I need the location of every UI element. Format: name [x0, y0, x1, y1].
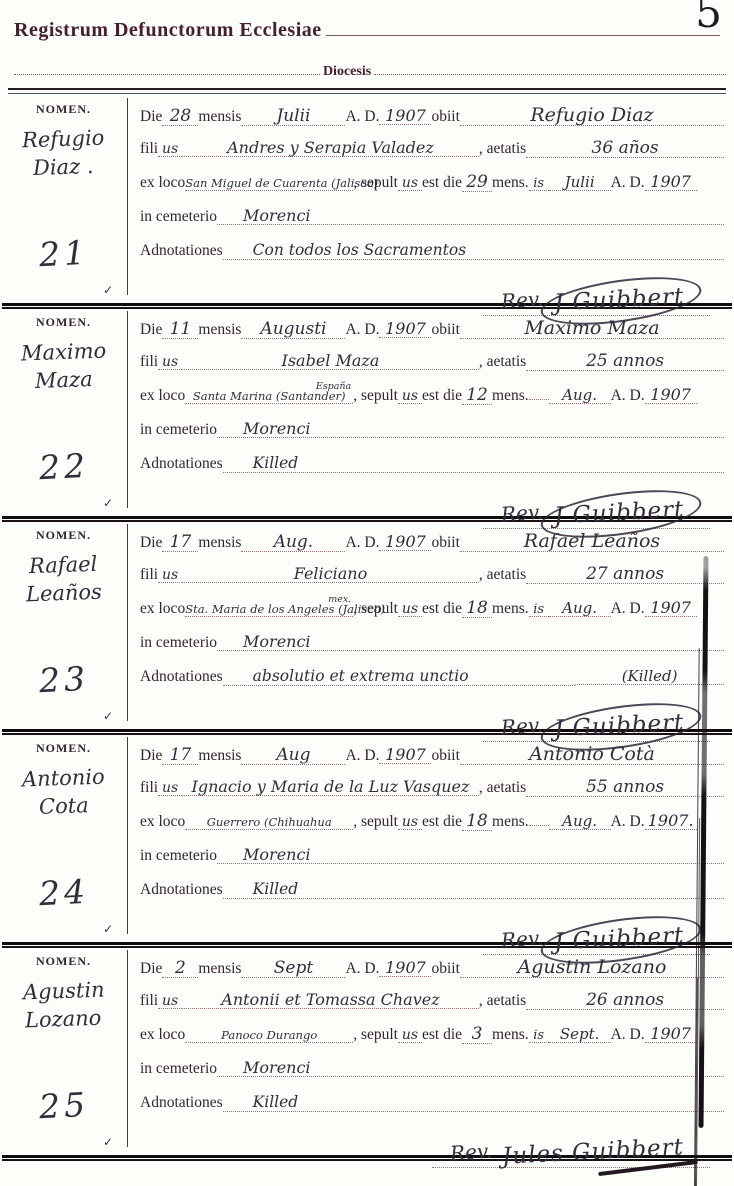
decedent-name-value: Agustin Lozano — [460, 958, 724, 978]
adnotationes-label: Adnotationes — [140, 881, 223, 899]
sepult-suffix-value: us — [398, 602, 422, 617]
mensis-label: mensis — [198, 321, 241, 339]
name-column: NOMEN. Refugio Diaz . 21 ✓ — [0, 96, 127, 303]
ad-label: A. D. — [345, 747, 379, 765]
parents-line: fili us Feliciano , aetatis 27 annos — [140, 566, 724, 600]
signature-rev: Rev. — [449, 1139, 493, 1166]
die-label: Die — [140, 108, 162, 126]
diocesis-row: Diocesis — [14, 58, 726, 80]
annotations-line: Adnotationes absolutio et extrema unctio… — [140, 668, 724, 702]
ex-loco-label: ex loco — [140, 813, 185, 831]
age-value: 25 annos — [526, 353, 724, 371]
title-rule — [326, 18, 720, 36]
sepult-label: , sepult — [353, 1026, 398, 1044]
burial-year-value: 1907 — [645, 174, 697, 191]
form-column: Die 28 mensis Julii A. D. 1907 obiit Ref… — [128, 96, 728, 303]
death-date-line: Die 28 mensis Julii A. D. 1907 obiit Ref… — [140, 106, 724, 140]
annotations-value: absolutio et extrema unctio — [223, 669, 576, 686]
ex-loco-label: ex loco — [140, 174, 185, 192]
aetatis-label: , aetatis — [479, 140, 526, 158]
filius-label: fili — [140, 566, 158, 584]
burial-month-value: Aug. — [549, 388, 611, 404]
burial-year-value: 1907. — [645, 813, 697, 830]
name-column: NOMEN. Antonio Cota 24 ✓ — [0, 735, 127, 942]
sepult-label: , sepult — [353, 813, 398, 831]
obiit-label: obiit — [431, 534, 459, 552]
death-year-value: 1907 — [379, 534, 431, 551]
death-record: NOMEN. Antonio Cota 24 ✓ Die 17 mensis A… — [0, 735, 734, 942]
burial-line: ex loco Sta. Maria de los Angeles (Jalis… — [140, 600, 724, 634]
est-die-label: est die — [422, 813, 462, 831]
est-die-label: est die — [422, 1026, 462, 1044]
decedent-first-name: Rafael — [29, 552, 98, 578]
checkmark: ✓ — [103, 709, 113, 723]
nomen-label: NOMEN. — [36, 315, 91, 330]
death-day-value: 28 — [162, 108, 198, 126]
death-year-value: 1907 — [379, 108, 431, 125]
decedent-last-name: Leaños — [25, 580, 102, 607]
mens-suffix-value: is — [529, 177, 549, 191]
death-month-value: Julii — [241, 108, 345, 126]
cemetery-line: in cemeterio Morenci — [140, 421, 724, 455]
mens-suffix-value: is — [529, 603, 549, 617]
record-number: 25 — [38, 1085, 90, 1127]
diocesis-label: Diocesis — [320, 64, 374, 80]
obiit-label: obiit — [431, 747, 459, 765]
records: NOMEN. Refugio Diaz . 21 ✓ Die 28 mensis… — [0, 96, 734, 1161]
filius-label: fili — [140, 779, 158, 797]
mensis-label: mensis — [198, 747, 241, 765]
death-year-value: 1907 — [379, 747, 431, 764]
burial-month-value: Julii — [549, 175, 611, 191]
mens-label: mens. — [492, 174, 529, 192]
origin-place-value: San Miguel de Cuarenta (Jalisco) — [185, 178, 353, 191]
sepult-label: , sepult — [353, 387, 398, 405]
decedent-first-name: Maximo — [21, 339, 107, 366]
origin-place-text: Guerrero (Chihuahua — [207, 815, 332, 829]
cemeterio-label: in cemeterio — [140, 1060, 217, 1078]
form-column: Die 2 mensis Sept A. D. 1907 obiit Agust… — [128, 948, 728, 1155]
burial-month-value: Sept. — [549, 1027, 611, 1043]
death-year-value: 1907 — [379, 321, 431, 338]
death-month-value: Sept — [241, 960, 345, 978]
ad2-label: A. D. — [611, 174, 645, 192]
obiit-label: obiit — [431, 960, 459, 978]
death-month-value: Augusti — [241, 321, 345, 339]
nomen-label: NOMEN. — [36, 954, 91, 969]
burial-day-value: 18 — [462, 600, 492, 618]
checkmark: ✓ — [103, 922, 113, 936]
decedent-name-value: Refugio Diaz — [460, 106, 724, 126]
age-value: 36 años — [526, 140, 724, 158]
aetatis-label: , aetatis — [479, 566, 526, 584]
death-record: NOMEN. Agustin Lozano 25 ✓ Die 2 mensis … — [0, 948, 734, 1155]
death-month-value: Aug — [241, 747, 345, 765]
burial-line: ex loco Panoco Durango , sepult us est d… — [140, 1026, 724, 1060]
burial-line: ex loco Santa Marina (Santander)España ,… — [140, 387, 724, 421]
cemeterio-label: in cemeterio — [140, 847, 217, 865]
die-label: Die — [140, 534, 162, 552]
burial-day-value: 29 — [462, 174, 492, 192]
death-year-value: 1907 — [379, 960, 431, 977]
death-date-line: Die 11 mensis Augusti A. D. 1907 obiit M… — [140, 319, 724, 353]
decedent-name-value: Antonio Cotà — [460, 745, 724, 765]
ad-label: A. D. — [345, 534, 379, 552]
checkmark: ✓ — [103, 1135, 113, 1149]
death-day-value: 11 — [162, 321, 198, 339]
cemetery-value: Morenci — [217, 634, 724, 651]
origin-place-text: Panoco Durango — [221, 1028, 317, 1042]
cemeterio-label: in cemeterio — [140, 634, 217, 652]
annotations-value: Killed — [223, 882, 724, 899]
record-number: 22 — [38, 446, 90, 488]
diocesis-blank-right — [374, 58, 726, 75]
nomen-label: NOMEN. — [36, 102, 91, 117]
annotations-value: Killed — [223, 1095, 724, 1112]
origin-place-value: Guerrero (Chihuahua — [185, 817, 353, 830]
filius-label: fili — [140, 353, 158, 371]
age-value: 55 annos — [526, 779, 724, 797]
burial-year-value: 1907 — [645, 387, 697, 404]
mens-suffix-value — [529, 825, 549, 826]
death-day-value: 17 — [162, 534, 198, 552]
nomen-label: NOMEN. — [36, 528, 91, 543]
sepult-suffix-value: us — [398, 1028, 422, 1043]
form-column: Die 17 mensis Aug A. D. 1907 obiit Anton… — [128, 735, 728, 942]
adnotationes-label: Adnotationes — [140, 242, 223, 260]
annotations-line: Adnotationes Killed — [140, 1094, 724, 1128]
record-number: 23 — [38, 659, 90, 701]
cemetery-value: Morenci — [217, 208, 724, 225]
age-value: 27 annos — [526, 566, 724, 584]
decedent-first-name: Antonio — [22, 765, 105, 792]
annotations-line: Adnotationes Killed — [140, 881, 724, 915]
mens-label: mens. — [492, 387, 529, 405]
filius-label: fili — [140, 140, 158, 158]
burial-month-value: Aug. — [549, 601, 611, 617]
diocesis-blank-left — [14, 58, 320, 75]
parents-line: fili us Isabel Maza , aetatis 25 annos — [140, 353, 724, 387]
name-column: NOMEN. Agustin Lozano 25 ✓ — [0, 948, 127, 1155]
die-label: Die — [140, 960, 162, 978]
cemetery-line: in cemeterio Morenci — [140, 1060, 724, 1094]
parents-value: Feliciano — [182, 566, 479, 583]
death-day-value: 2 — [162, 960, 198, 978]
mens-label: mens. — [492, 813, 529, 831]
cemeterio-label: in cemeterio — [140, 208, 217, 226]
filius-suffix-value: us — [158, 994, 182, 1009]
mens-suffix-value — [529, 399, 549, 400]
page-title: Registrum Defunctorum Ecclesiae — [14, 19, 322, 42]
register-page: 5 Registrum Defunctorum Ecclesiae Dioces… — [0, 0, 734, 1186]
ex-loco-label: ex loco — [140, 387, 185, 405]
die-label: Die — [140, 321, 162, 339]
est-die-label: est die — [422, 387, 462, 405]
parents-line: fili us Andres y Serapia Valadez , aetat… — [140, 140, 724, 174]
ad2-label: A. D. — [611, 1026, 645, 1044]
mens-suffix-value: is — [529, 1029, 549, 1043]
form-column: Die 17 mensis Aug. A. D. 1907 obiit Rafa… — [128, 522, 728, 729]
aetatis-label: , aetatis — [479, 992, 526, 1010]
parents-value: Andres y Serapia Valadez — [182, 140, 479, 157]
cemetery-value: Morenci — [217, 1060, 724, 1077]
header-double-rule — [8, 88, 726, 94]
ad2-label: A. D. — [611, 600, 645, 618]
ex-loco-label: ex loco — [140, 600, 185, 618]
death-date-line: Die 17 mensis Aug A. D. 1907 obiit Anton… — [140, 745, 724, 779]
parents-value: Isabel Maza — [182, 353, 479, 370]
decedent-last-name: Maza — [34, 367, 92, 393]
obiit-label: obiit — [431, 321, 459, 339]
burial-year-value: 1907 — [645, 600, 697, 617]
mensis-label: mensis — [198, 534, 241, 552]
origin-place-value: Santa Marina (Santander)España — [185, 391, 353, 404]
annotations-value: Killed — [223, 456, 724, 473]
origin-place-text: Sta. Maria de los Angeles (Jalisco) — [185, 602, 385, 616]
checkmark: ✓ — [103, 496, 113, 510]
death-date-line: Die 17 mensis Aug. A. D. 1907 obiit Rafa… — [140, 532, 724, 566]
record-number: 21 — [38, 233, 90, 275]
ad-label: A. D. — [345, 321, 379, 339]
age-value: 26 annos — [526, 992, 724, 1010]
burial-month-value: Aug. — [549, 814, 611, 830]
mensis-label: mensis — [198, 960, 241, 978]
death-record: NOMEN. Rafael Leaños 23 ✓ Die 17 mensis … — [0, 522, 734, 729]
filius-suffix-value: us — [158, 781, 182, 796]
name-column: NOMEN. Maximo Maza 22 ✓ — [0, 309, 127, 516]
mensis-label: mensis — [198, 108, 241, 126]
decedent-last-name: Lozano — [25, 1006, 102, 1033]
parents-value: Ignacio y Maria de la Luz Vasquez — [182, 779, 479, 796]
death-record: NOMEN. Refugio Diaz . 21 ✓ Die 28 mensis… — [0, 96, 734, 303]
decedent-name-value: Maximo Maza — [460, 319, 724, 339]
death-day-value: 17 — [162, 747, 198, 765]
burial-day-value: 18 — [462, 813, 492, 831]
parents-value: Antonii et Tomassa Chavez — [182, 992, 479, 1009]
header: Registrum Defunctorum Ecclesiae — [14, 18, 720, 42]
parents-line: fili us Ignacio y Maria de la Luz Vasque… — [140, 779, 724, 813]
burial-line: ex loco Guerrero (Chihuahua , sepult us … — [140, 813, 724, 847]
origin-place-text: San Miguel de Cuarenta (Jalisco) — [185, 176, 378, 190]
cemetery-line: in cemeterio Morenci — [140, 847, 724, 881]
cemetery-value: Morenci — [217, 847, 724, 864]
ad2-label: A. D. — [611, 387, 645, 405]
burial-line: ex loco San Miguel de Cuarenta (Jalisco)… — [140, 174, 724, 208]
aetatis-label: , aetatis — [479, 779, 526, 797]
adnotationes-label: Adnotationes — [140, 455, 223, 473]
ad2-label: A. D. — [611, 813, 645, 831]
cemetery-value: Morenci — [217, 421, 724, 438]
death-date-line: Die 2 mensis Sept A. D. 1907 obiit Agust… — [140, 958, 724, 992]
burial-day-value: 12 — [462, 387, 492, 405]
annotations-line: Adnotationes Killed — [140, 455, 724, 489]
filius-suffix-value: us — [158, 568, 182, 583]
adnotationes-label: Adnotationes — [140, 1094, 223, 1112]
burial-year-value: 1907 — [645, 1026, 697, 1043]
filius-suffix-value: us — [158, 142, 182, 157]
filius-suffix-value: us — [158, 355, 182, 370]
ad-label: A. D. — [345, 960, 379, 978]
filius-label: fili — [140, 992, 158, 1010]
sepult-suffix-value: us — [398, 389, 422, 404]
form-column: Die 11 mensis Augusti A. D. 1907 obiit M… — [128, 309, 728, 516]
annotations-value: Con todos los Sacramentos — [223, 243, 724, 260]
annotations-line: Adnotationes Con todos los Sacramentos — [140, 242, 724, 276]
ad-label: A. D. — [345, 108, 379, 126]
die-label: Die — [140, 747, 162, 765]
ex-loco-label: ex loco — [140, 1026, 185, 1044]
adnotationes-label: Adnotationes — [140, 668, 223, 686]
sepult-suffix-value: us — [398, 176, 422, 191]
origin-place-superscript: mex. — [328, 595, 351, 605]
decedent-first-name: Agustin — [22, 978, 104, 1005]
cemetery-line: in cemeterio Morenci — [140, 208, 724, 242]
parents-line: fili us Antonii et Tomassa Chavez , aeta… — [140, 992, 724, 1026]
cemeterio-label: in cemeterio — [140, 421, 217, 439]
death-month-value: Aug. — [241, 534, 345, 552]
est-die-label: est die — [422, 600, 462, 618]
name-column: NOMEN. Rafael Leaños 23 ✓ — [0, 522, 127, 729]
obiit-label: obiit — [431, 108, 459, 126]
aetatis-label: , aetatis — [479, 353, 526, 371]
record-number: 24 — [38, 872, 90, 914]
sepult-suffix-value: us — [398, 815, 422, 830]
burial-day-value: 3 — [462, 1026, 492, 1044]
cemetery-line: in cemeterio Morenci — [140, 634, 724, 668]
checkmark: ✓ — [103, 283, 113, 297]
origin-place-value: Panoco Durango — [185, 1030, 353, 1043]
decedent-last-name: Diaz . — [33, 154, 94, 180]
signature-row: Rev. Jules Guibbert — [140, 1128, 724, 1168]
decedent-last-name: Cota — [38, 793, 88, 819]
origin-place-value: Sta. Maria de los Angeles (Jalisco)mex. — [185, 604, 353, 617]
nomen-label: NOMEN. — [36, 741, 91, 756]
decedent-first-name: Refugio — [22, 126, 105, 153]
death-record: NOMEN. Maximo Maza 22 ✓ Die 11 mensis Au… — [0, 309, 734, 516]
est-die-label: est die — [422, 174, 462, 192]
decedent-name-value: Rafael Leaños — [460, 532, 724, 552]
mens-label: mens. — [492, 1026, 529, 1044]
mens-label: mens. — [492, 600, 529, 618]
origin-place-superscript: España — [316, 382, 351, 392]
